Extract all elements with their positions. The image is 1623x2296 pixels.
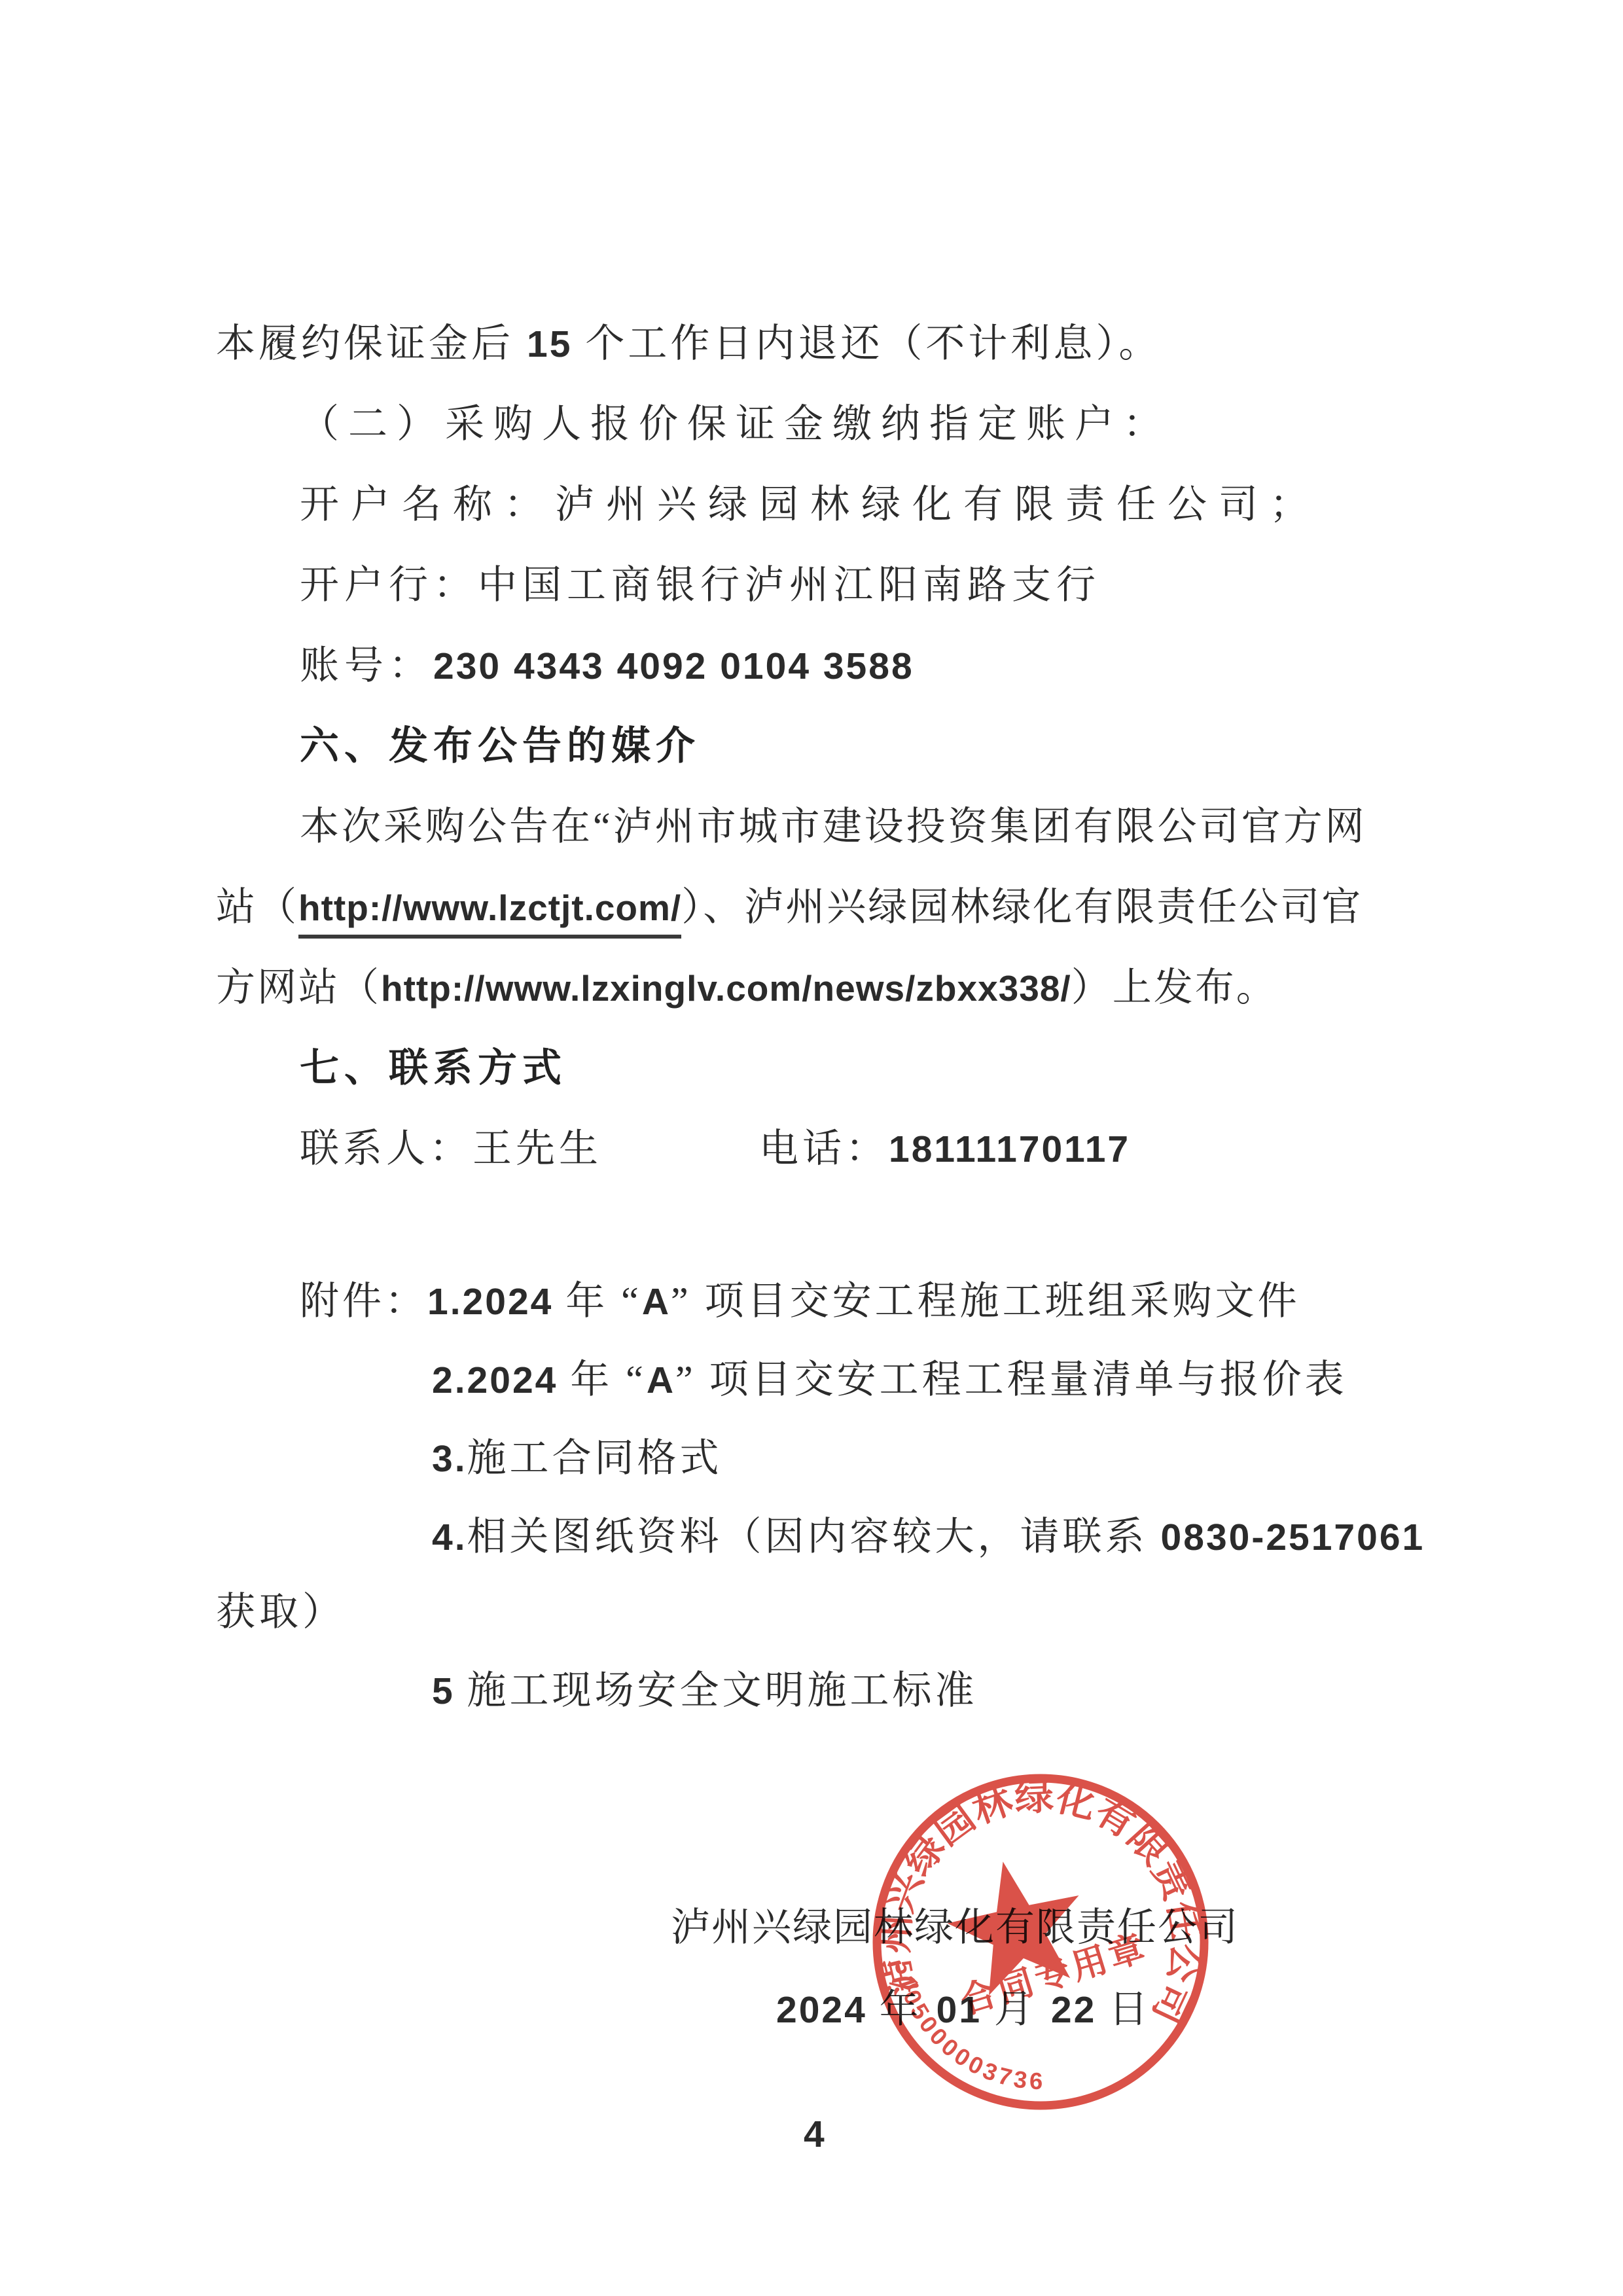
company-seal: 泸州兴绿园林绿化有限责任公司 5105000003736 合同专用章: [857, 1759, 1224, 2125]
text-run: 联系人：王先生: [300, 1127, 602, 1170]
text-run: 施工现场安全文明施工标准: [467, 1669, 978, 1712]
section-seven-heading: 七、联系方式: [300, 1047, 567, 1090]
text-run: 获取）: [216, 1590, 346, 1634]
text-run: 六、发布公告的媒介: [300, 725, 700, 768]
text-run: 电话：: [759, 1127, 889, 1170]
account-holder-line: 开户名称：泸州兴绿园林绿化有限责任公司；: [300, 483, 1321, 526]
text-run: 方网站（: [216, 966, 381, 1009]
paragraph-refund-line: 本履约保证金后 15 个工作日内退还（不计利息）。: [216, 322, 1161, 366]
text-run: 相关图纸资料（因内容较大，请联系: [467, 1515, 1161, 1558]
text-run: 230 4343 4092 0104 3588: [433, 645, 914, 687]
text-run: 15: [527, 323, 572, 365]
media-paragraph-line1: 本次采购公告在“泸州市城市建设投资集团有限公司官方网: [300, 805, 1367, 848]
attachment-item-2: 2.2024 年 “A” 项目交安工程工程量清单与报价表: [432, 1358, 1347, 1402]
attachment-item-3: 3.施工合同格式: [432, 1437, 722, 1480]
text-run: 3.: [432, 1438, 467, 1480]
text-run: 施工合同格式: [467, 1437, 722, 1480]
text-run: 账号：: [300, 644, 433, 687]
text-run: ” 项目交安工程工程量清单与报价表: [675, 1358, 1347, 1401]
text-run: 18111170117: [889, 1128, 1130, 1170]
text-run: （二）采购人报价保证金缴纳指定账户：: [300, 403, 1171, 446]
bank-branch-line: 开户行：中国工商银行泸州江阳南路支行: [300, 564, 1101, 607]
text-run: 本履约保证金后: [216, 322, 527, 365]
text-run: 七、联系方式: [300, 1047, 567, 1090]
text-run: 年 “: [570, 1358, 647, 1401]
heading-account-section: （二）采购人报价保证金缴纳指定账户：: [300, 403, 1171, 446]
attachment-item-5: 5 施工现场安全文明施工标准: [432, 1669, 978, 1713]
page-number: 4: [804, 2113, 827, 2159]
text-run: ）、泸州兴绿园林绿化有限责任公司官: [681, 886, 1363, 929]
text-run: 个工作日内退还（不计利息）。: [572, 322, 1161, 365]
attachment-item-1: 附件：1.2024 年 “A” 项目交安工程施工班组采购文件: [300, 1280, 1300, 1323]
attachment-item-4: 4.相关图纸资料（因内容较大，请联系 0830-2517061: [432, 1515, 1425, 1559]
text-run: 站（: [216, 886, 298, 929]
media-paragraph-line3: 方网站（http://www.lzxinglv.com/news/zbxx338…: [216, 966, 1277, 1010]
text-run: 5: [432, 1670, 467, 1712]
text-run: 1.2024: [427, 1281, 565, 1323]
text-run: http://www.lzctjt.com/: [298, 888, 681, 939]
text-run: 年 “: [565, 1280, 642, 1323]
text-run: http://www.lzxinglv.com/news/zbxx338/: [381, 968, 1071, 1009]
text-run: 开户名称：泸州兴绿园林绿化有限责任公司；: [300, 483, 1321, 526]
scanned-document-page: 本履约保证金后 15 个工作日内退还（不计利息）。（二）采购人报价保证金缴纳指定…: [0, 0, 1623, 2296]
contact-line: 联系人：王先生电话：18111170117: [300, 1127, 1130, 1171]
attachment-item-4-wrap: 获取）: [216, 1590, 346, 1634]
text-run: 0830-2517061: [1161, 1516, 1425, 1558]
media-paragraph-line2: 站（http://www.lzctjt.com/）、泸州兴绿园林绿化有限责任公司…: [216, 886, 1363, 929]
text-run: ）上发布。: [1071, 966, 1277, 1009]
text-run: ” 项目交安工程施工班组采购文件: [671, 1280, 1300, 1323]
text-run: 本次采购公告在“泸州市城市建设投资集团有限公司官方网: [300, 805, 1367, 848]
text-run: 2.2024: [432, 1359, 570, 1401]
text-run: A: [647, 1359, 675, 1401]
text-run: A: [642, 1281, 671, 1323]
account-number-line: 账号：230 4343 4092 0104 3588: [300, 644, 914, 688]
text-run: 开户行：中国工商银行泸州江阳南路支行: [300, 564, 1101, 607]
section-six-heading: 六、发布公告的媒介: [300, 725, 700, 768]
text-run: 4.: [432, 1516, 467, 1558]
text-run: 附件：: [300, 1280, 427, 1323]
text-run: 4: [804, 2113, 827, 2155]
